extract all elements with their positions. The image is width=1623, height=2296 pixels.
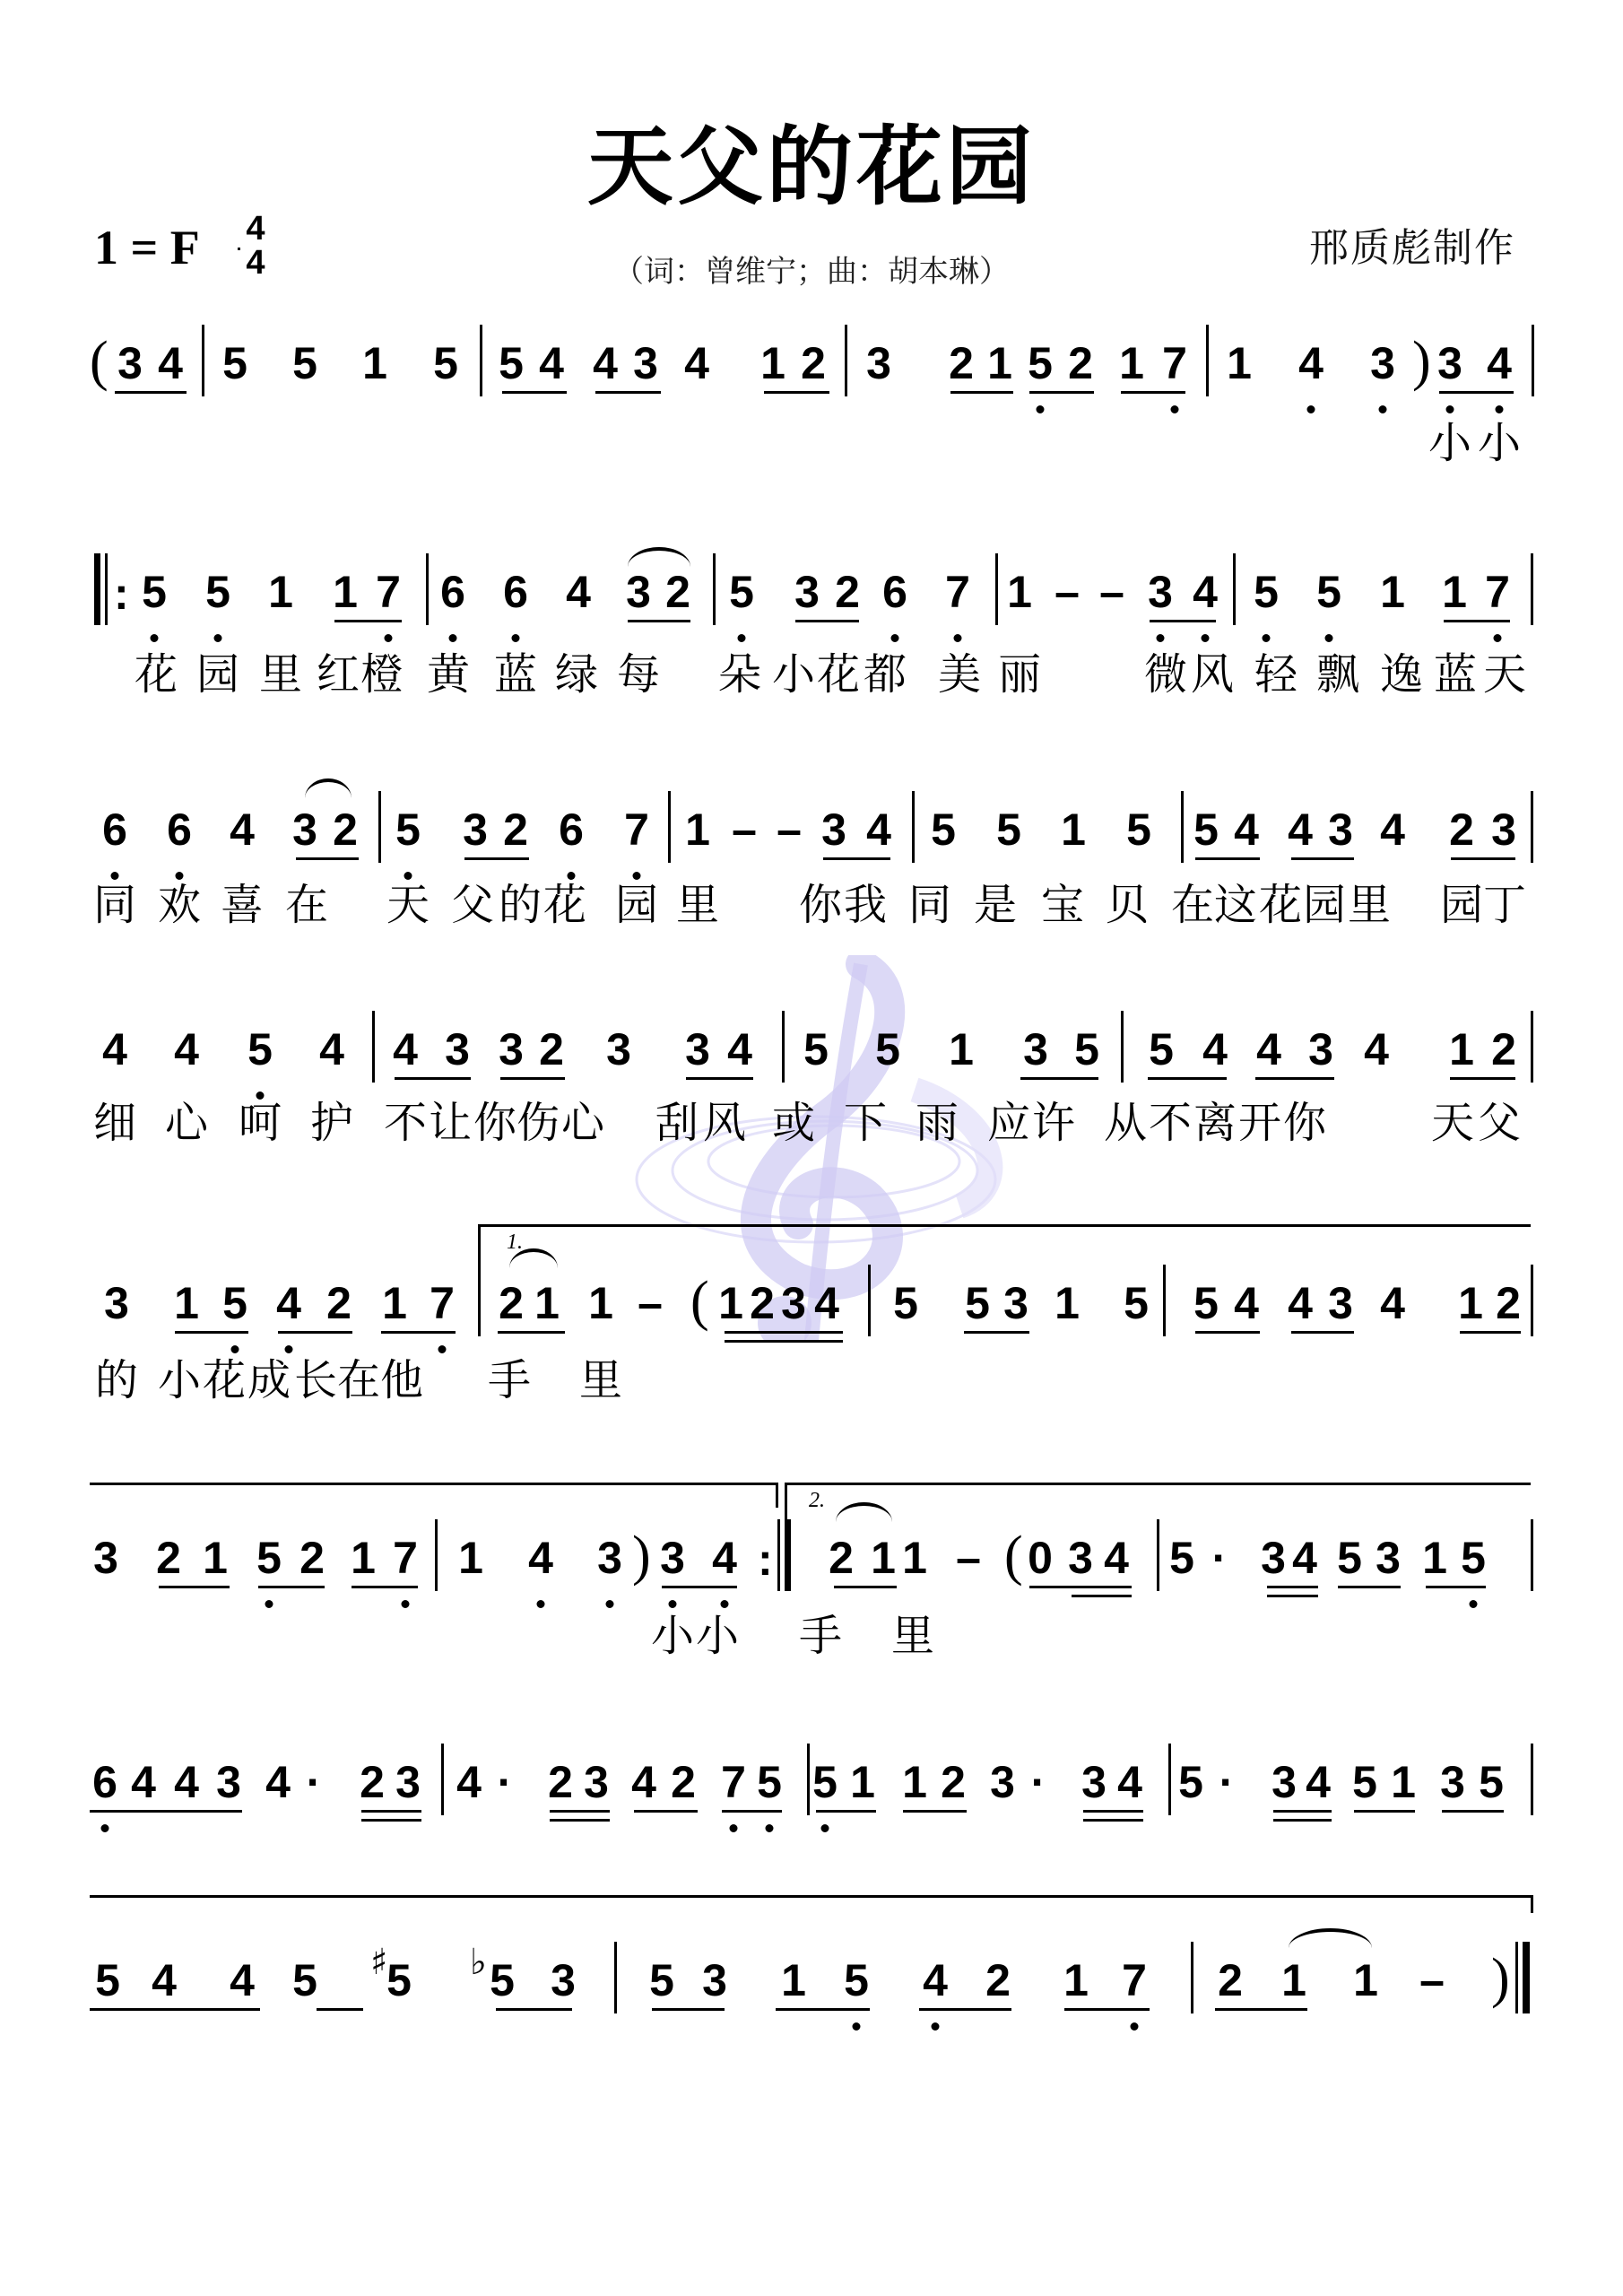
jianpu-note: 1	[1061, 807, 1086, 852]
beam-underline	[834, 1586, 897, 1588]
jianpu-note: 3	[781, 1281, 806, 1326]
jianpu-note: 5	[1028, 341, 1053, 386]
jianpu-note: 5	[996, 807, 1021, 852]
beam-underline	[168, 2008, 260, 2011]
double-beam-underline	[1273, 1819, 1332, 1822]
repeat-end-thin	[777, 1519, 780, 1591]
parenthesis: (	[90, 334, 108, 389]
lyric-syllable: 伤	[516, 1101, 560, 1144]
barline	[480, 325, 482, 396]
repeat-end-thick	[785, 1519, 791, 1591]
beam-underline	[175, 1331, 248, 1334]
final-bar-thin	[1515, 1942, 1518, 2013]
jianpu-note: 5	[1479, 1760, 1504, 1805]
barline	[1531, 1011, 1533, 1083]
jianpu-note: 2	[1068, 341, 1093, 386]
lyric-syllable: 是	[974, 883, 1017, 926]
volta-bracket-left	[478, 1224, 481, 1269]
jianpu-note: 3	[685, 1027, 710, 1072]
jianpu-note: 1	[1281, 1958, 1306, 2003]
lower-octave-dot	[111, 872, 119, 880]
beam-underline	[919, 2008, 1011, 2011]
barline	[807, 1744, 810, 1815]
beam-underline	[500, 1077, 565, 1080]
lyric-syllable: 天	[1431, 1101, 1474, 1144]
jianpu-note: 3	[117, 341, 143, 386]
jianpu-note: 6	[882, 570, 907, 614]
jianpu-note: 5	[222, 341, 247, 386]
lower-octave-dot	[1307, 405, 1315, 413]
lyric-syllable: 贝	[1106, 883, 1149, 926]
lyric-syllable: 里	[891, 1614, 934, 1657]
beam-underline	[964, 1331, 1029, 1334]
lyric-syllable: 离	[1193, 1101, 1237, 1144]
jianpu-note: 5	[1169, 1535, 1194, 1580]
beam-underline	[722, 1810, 782, 1813]
lower-octave-dot	[891, 634, 899, 642]
jianpu-note: 1	[1119, 341, 1144, 386]
beam-underline	[823, 857, 890, 860]
lyric-syllable: 心	[561, 1101, 604, 1144]
lower-octave-dot	[449, 634, 457, 642]
jianpu-note: 7	[1485, 570, 1510, 614]
jianpu-note: 3	[660, 1535, 685, 1580]
beam-underline	[141, 1810, 242, 1813]
jianpu-note: 2	[499, 1281, 524, 1326]
lower-octave-dot	[633, 872, 641, 880]
double-beam-underline	[361, 1819, 421, 1822]
lower-octave-dot	[1171, 405, 1179, 413]
jianpu-note: 4	[1380, 1281, 1405, 1326]
jianpu-note: 5	[386, 1958, 412, 2003]
lower-octave-dot	[285, 1345, 293, 1353]
lyric-syllable: 蓝	[494, 653, 537, 696]
beam-underline	[1451, 857, 1515, 860]
jianpu-note: 4	[230, 1958, 255, 2003]
beam-underline	[628, 620, 690, 622]
lyric-syllable: 黄	[427, 653, 470, 696]
lower-octave-dot	[606, 1600, 614, 1608]
jianpu-note: 1	[1007, 570, 1032, 614]
jianpu-note: 1	[1391, 1760, 1416, 1805]
jianpu-note: 3	[93, 1535, 118, 1580]
lyric-syllable: 绿	[555, 653, 598, 696]
jianpu-note: 0	[1028, 1535, 1053, 1580]
jianpu-note: 5	[1461, 1535, 1486, 1580]
beam-underline	[1215, 2008, 1307, 2011]
jianpu-note: 3	[1261, 1535, 1286, 1580]
jianpu-note: 4	[539, 341, 564, 386]
jianpu-note: 5	[1352, 1760, 1377, 1805]
jianpu-note: 1	[949, 1027, 974, 1072]
jianpu-note: 4	[866, 807, 891, 852]
beam-underline	[498, 1331, 565, 1334]
sheet-music-page: 天父的花园 1 = F 4 4 （词：曾维宁；曲：胡本琳） 邢质彪制作 3455…	[0, 0, 1623, 2296]
beam-underline	[159, 1586, 230, 1588]
lyric-syllable: 里	[676, 883, 719, 926]
lower-octave-dot	[932, 2022, 940, 2031]
jianpu-note: 3	[866, 341, 891, 386]
lyric-syllable: 欢	[158, 883, 201, 926]
barline	[426, 553, 429, 625]
lyric-syllable: 呵	[239, 1101, 282, 1144]
volta-bracket-first-end	[90, 1483, 776, 1485]
lyric-syllable: 你	[1283, 1101, 1326, 1144]
lower-octave-dot	[766, 1824, 774, 1832]
beam-underline	[1029, 1586, 1132, 1588]
jianpu-note: 4	[174, 1760, 199, 1805]
jianpu-note: 7	[945, 570, 970, 614]
lyric-syllable: 手	[488, 1359, 531, 1402]
jianpu-note: 4	[528, 1535, 553, 1580]
jianpu-note: 1	[1227, 341, 1252, 386]
jianpu-note: 1	[333, 570, 358, 614]
lyric-syllable: 丁	[1483, 883, 1526, 926]
jianpu-note: 5	[803, 1027, 829, 1072]
jianpu-note: 3	[633, 341, 658, 386]
jianpu-note: 1	[1422, 1535, 1447, 1580]
augmentation-dot: ·	[307, 1760, 322, 1805]
lyric-syllable: 这	[1214, 883, 1257, 926]
jianpu-note: 2	[801, 341, 826, 386]
barline	[1531, 1744, 1533, 1815]
jianpu-note: 4	[1298, 341, 1324, 386]
lyric-syllable: 他	[380, 1359, 423, 1402]
dash-hold: –	[1099, 570, 1124, 614]
jianpu-note: 6	[92, 1760, 117, 1805]
lyric-syllable: 你	[799, 883, 842, 926]
beam-underline	[550, 1810, 610, 1813]
lyric-syllable: 同	[93, 883, 136, 926]
lyric-syllable: 不	[384, 1101, 427, 1144]
beam-underline	[1338, 1586, 1401, 1588]
beam-underline	[496, 2008, 572, 2011]
lower-octave-dot	[1470, 1600, 1478, 1608]
jianpu-note: 1	[268, 570, 293, 614]
jianpu-note: 7	[624, 807, 649, 852]
double-beam-underline	[725, 1340, 843, 1343]
jianpu-note: 5	[292, 341, 317, 386]
repeat-start-thick	[94, 553, 100, 625]
jianpu-note: 1	[850, 1760, 875, 1805]
jianpu-note: 3	[1003, 1281, 1028, 1326]
lyric-syllable: 里	[579, 1359, 622, 1402]
beam-underline	[1150, 620, 1216, 622]
lyric-syllable: 雨	[916, 1101, 959, 1144]
jianpu-note: 2	[985, 1958, 1011, 2003]
beam-underline	[725, 1331, 843, 1334]
beam-underline	[1064, 2008, 1150, 2011]
lower-octave-dot	[669, 1600, 677, 1608]
jianpu-note: 2	[539, 1027, 564, 1072]
tie-slur	[305, 778, 352, 798]
volta-bracket-left	[785, 1483, 787, 1527]
beam-underline	[903, 1810, 967, 1813]
beam-underline	[634, 1810, 698, 1813]
beam-underline	[1029, 391, 1094, 394]
beam-underline	[1354, 1810, 1415, 1813]
volta-bracket	[478, 1224, 1531, 1227]
beam-underline	[296, 857, 359, 860]
jianpu-note: 1	[351, 1535, 376, 1580]
jianpu-note: 3	[1328, 807, 1353, 852]
lyric-syllable: 的	[499, 883, 542, 926]
lyric-syllable: 美	[938, 653, 981, 696]
jianpu-note: 5	[965, 1281, 990, 1326]
lower-octave-dot	[151, 634, 159, 642]
jianpu-note: 4	[684, 341, 709, 386]
lower-octave-dot	[1263, 634, 1271, 642]
jianpu-note: 5	[1316, 570, 1341, 614]
jianpu-note: 1	[203, 1535, 228, 1580]
lyric-syllable: 天	[386, 883, 430, 926]
lower-octave-dot	[404, 872, 412, 880]
lyric-syllable: 心	[165, 1101, 208, 1144]
double-beam-underline	[1072, 1595, 1132, 1597]
jianpu-note: 1	[588, 1281, 613, 1326]
jianpu-note: 1	[362, 341, 387, 386]
lyric-syllable: 护	[310, 1101, 353, 1144]
jianpu-note: 4	[265, 1760, 291, 1805]
lyric-syllable: 小	[772, 653, 815, 696]
lyric-syllable: 微	[1144, 653, 1187, 696]
barline	[1157, 1519, 1159, 1591]
jianpu-note: 4	[456, 1760, 482, 1805]
barline	[668, 791, 671, 863]
jianpu-note: 1	[685, 807, 710, 852]
barline	[1181, 791, 1184, 863]
jianpu-note: 2	[671, 1760, 696, 1805]
lyric-syllable: 在	[1171, 883, 1214, 926]
jianpu-note: 3	[1376, 1535, 1401, 1580]
jianpu-note: 3	[445, 1027, 470, 1072]
lyric-syllable: 同	[908, 883, 951, 926]
jianpu-note: 4	[1380, 807, 1405, 852]
lyric-syllable: 下	[844, 1101, 887, 1144]
jianpu-note: 5	[222, 1281, 247, 1326]
lyric-syllable: 小	[651, 1614, 694, 1657]
lower-octave-dot	[438, 1345, 447, 1353]
lower-octave-dot	[1202, 634, 1210, 642]
jianpu-note: 5	[1074, 1027, 1099, 1072]
jianpu-note: 5	[875, 1027, 900, 1072]
lyric-syllable: 飘	[1316, 653, 1359, 696]
jianpu-note: 4	[1202, 1027, 1228, 1072]
jianpu-note: 2	[156, 1535, 181, 1580]
jianpu-note: 4	[1193, 570, 1218, 614]
jianpu-note: 1	[174, 1281, 199, 1326]
lyric-syllable: 花	[135, 653, 178, 696]
lyric-syllable: 逸	[1380, 653, 1423, 696]
lyric-syllable: 父	[1478, 1101, 1521, 1144]
beam-underline	[652, 2008, 725, 2011]
augmentation-dot: ·	[1212, 1535, 1228, 1580]
jianpu-note: 4	[319, 1027, 344, 1072]
dash-hold: –	[732, 807, 757, 852]
barline	[782, 1011, 785, 1083]
jianpu-note: 3	[551, 1958, 576, 2003]
lower-octave-dot	[385, 634, 393, 642]
beam-underline	[1291, 857, 1354, 860]
lyric-syllable: 刮	[655, 1101, 699, 1144]
jianpu-note: 1	[1449, 1027, 1474, 1072]
lyric-syllable: 都	[864, 653, 907, 696]
beam-underline	[381, 1331, 456, 1334]
jianpu-note: 1	[1380, 570, 1405, 614]
jianpu-note: 2	[949, 341, 974, 386]
lyric-syllable: 花	[1259, 883, 1302, 926]
jianpu-note: 3	[584, 1760, 609, 1805]
lower-octave-dot	[954, 634, 962, 642]
lower-octave-dot	[821, 1824, 829, 1832]
tie-slur	[628, 547, 690, 567]
beam-underline	[258, 1586, 325, 1588]
jianpu-note: 4	[1288, 1281, 1313, 1326]
jianpu-note: 3	[702, 1958, 727, 2003]
jianpu-note: 2	[548, 1760, 573, 1805]
jianpu-note: 4	[1364, 1027, 1389, 1072]
jianpu-note: 3	[1023, 1027, 1048, 1072]
barline	[478, 1265, 481, 1336]
barline	[202, 325, 204, 396]
barline	[912, 791, 915, 863]
jianpu-note: 5	[1193, 1281, 1219, 1326]
beam-underline	[1267, 1586, 1318, 1588]
jianpu-note: 5	[499, 341, 524, 386]
parenthesis: )	[632, 1528, 651, 1584]
jianpu-note: 4	[1117, 1760, 1142, 1805]
jianpu-note: 4	[152, 1958, 177, 2003]
jianpu-note: 4	[102, 1027, 127, 1072]
jianpu-note: 2	[1496, 1281, 1521, 1326]
barline	[1531, 553, 1533, 625]
jianpu-note: 3	[292, 807, 317, 852]
beam-underline	[1291, 1331, 1354, 1334]
lower-octave-dot	[1325, 634, 1333, 642]
dash-hold: –	[777, 807, 802, 852]
beam-underline	[115, 391, 187, 394]
jianpu-note: 4	[1104, 1535, 1129, 1580]
jianpu-note: 7	[721, 1760, 746, 1805]
jianpu-note: 1	[781, 1958, 806, 2003]
barline	[868, 1265, 871, 1336]
lyric-syllable: 红	[317, 653, 360, 696]
jianpu-note: 3	[821, 807, 846, 852]
song-title: 天父的花园	[0, 99, 1623, 222]
barline	[995, 553, 998, 625]
jianpu-note: 4	[923, 1958, 948, 2003]
lyric-syllable: 小	[158, 1359, 201, 1402]
barline	[1531, 1519, 1533, 1591]
jianpu-note: 5	[812, 1760, 838, 1805]
jianpu-note: 4	[174, 1027, 199, 1072]
jianpu-note: 7	[1162, 341, 1187, 386]
dash-hold: –	[1419, 1958, 1445, 2003]
lyric-syllable: 从	[1104, 1101, 1147, 1144]
lower-octave-dot	[568, 872, 576, 880]
lyric-syllable: 小	[1428, 422, 1471, 465]
dash-hold: –	[1055, 570, 1080, 614]
jianpu-note: 1	[902, 1760, 927, 1805]
lyric-syllable: 天	[1483, 653, 1526, 696]
beam-underline	[352, 1586, 418, 1588]
jianpu-note: 7	[1122, 1958, 1147, 2003]
jianpu-note: 2	[1218, 1958, 1243, 2003]
lyric-syllable: 里	[259, 653, 302, 696]
lyric-syllable: 我	[844, 883, 887, 926]
beam-underline	[1426, 1586, 1486, 1588]
lyric-syllable: 你	[473, 1101, 516, 1144]
lower-octave-dot	[1496, 405, 1504, 413]
jianpu-note: 4	[1234, 1281, 1259, 1326]
lower-octave-dot	[537, 1600, 545, 1608]
volta-ending-number: 2.	[809, 1489, 825, 1513]
lower-octave-dot	[101, 1824, 109, 1832]
jianpu-note: 4	[1234, 807, 1259, 852]
jianpu-note: 4	[131, 1760, 156, 1805]
jianpu-note: 3	[606, 1027, 631, 1072]
double-beam-underline	[550, 1819, 610, 1822]
jianpu-note: 3	[1440, 1760, 1465, 1805]
barline	[378, 791, 381, 863]
lyric-syllable: 宝	[1041, 883, 1084, 926]
beam-underline	[795, 620, 859, 622]
beam-underline	[395, 1077, 471, 1080]
jianpu-note: 5	[729, 570, 754, 614]
jianpu-note: 4	[727, 1027, 752, 1072]
jianpu-note: 5	[256, 1535, 282, 1580]
beam-underline	[317, 2008, 363, 2011]
jianpu-note: 2	[503, 807, 528, 852]
repeat-start-colon: :	[114, 568, 129, 620]
lyric-syllable: 花	[203, 1359, 246, 1402]
beam-underline	[502, 391, 567, 394]
arranger-credit: 邢质彪制作	[1309, 215, 1515, 273]
barline	[1531, 791, 1533, 863]
jianpu-note: 3	[395, 1760, 421, 1805]
lower-octave-dot	[402, 1600, 410, 1608]
beam-underline	[1195, 1331, 1260, 1334]
lyric-syllable: 园	[1440, 883, 1483, 926]
beam-underline	[1439, 391, 1514, 394]
jianpu-note: 5	[205, 570, 230, 614]
jianpu-note: 3	[1148, 570, 1173, 614]
dash-hold: –	[956, 1535, 981, 1580]
jianpu-note: 1	[534, 1281, 560, 1326]
jianpu-note: 7	[376, 570, 401, 614]
beam-underline	[764, 391, 829, 394]
jianpu-note: 5	[1193, 807, 1219, 852]
tie-slur	[1289, 1928, 1372, 1948]
jianpu-note: 5	[893, 1281, 918, 1326]
beam-underline	[1444, 620, 1510, 622]
beam-underline	[686, 1077, 753, 1080]
beam-underline	[1460, 1331, 1521, 1334]
lyric-syllable: 橙	[360, 653, 404, 696]
parenthesis: )	[1491, 1951, 1510, 2006]
lyric-syllable: 开	[1238, 1101, 1281, 1144]
jianpu-note: 3	[990, 1760, 1015, 1805]
beam-underline	[1195, 857, 1260, 860]
lower-octave-dot	[738, 634, 746, 642]
jianpu-note: 5	[1337, 1535, 1362, 1580]
barline	[1121, 1011, 1124, 1083]
beam-underline	[950, 391, 1013, 394]
jianpu-note: 4	[158, 341, 183, 386]
jianpu-note: 3	[1308, 1027, 1333, 1072]
jianpu-note: 3	[1271, 1760, 1297, 1805]
sharp-icon: ♯	[370, 1942, 387, 1983]
